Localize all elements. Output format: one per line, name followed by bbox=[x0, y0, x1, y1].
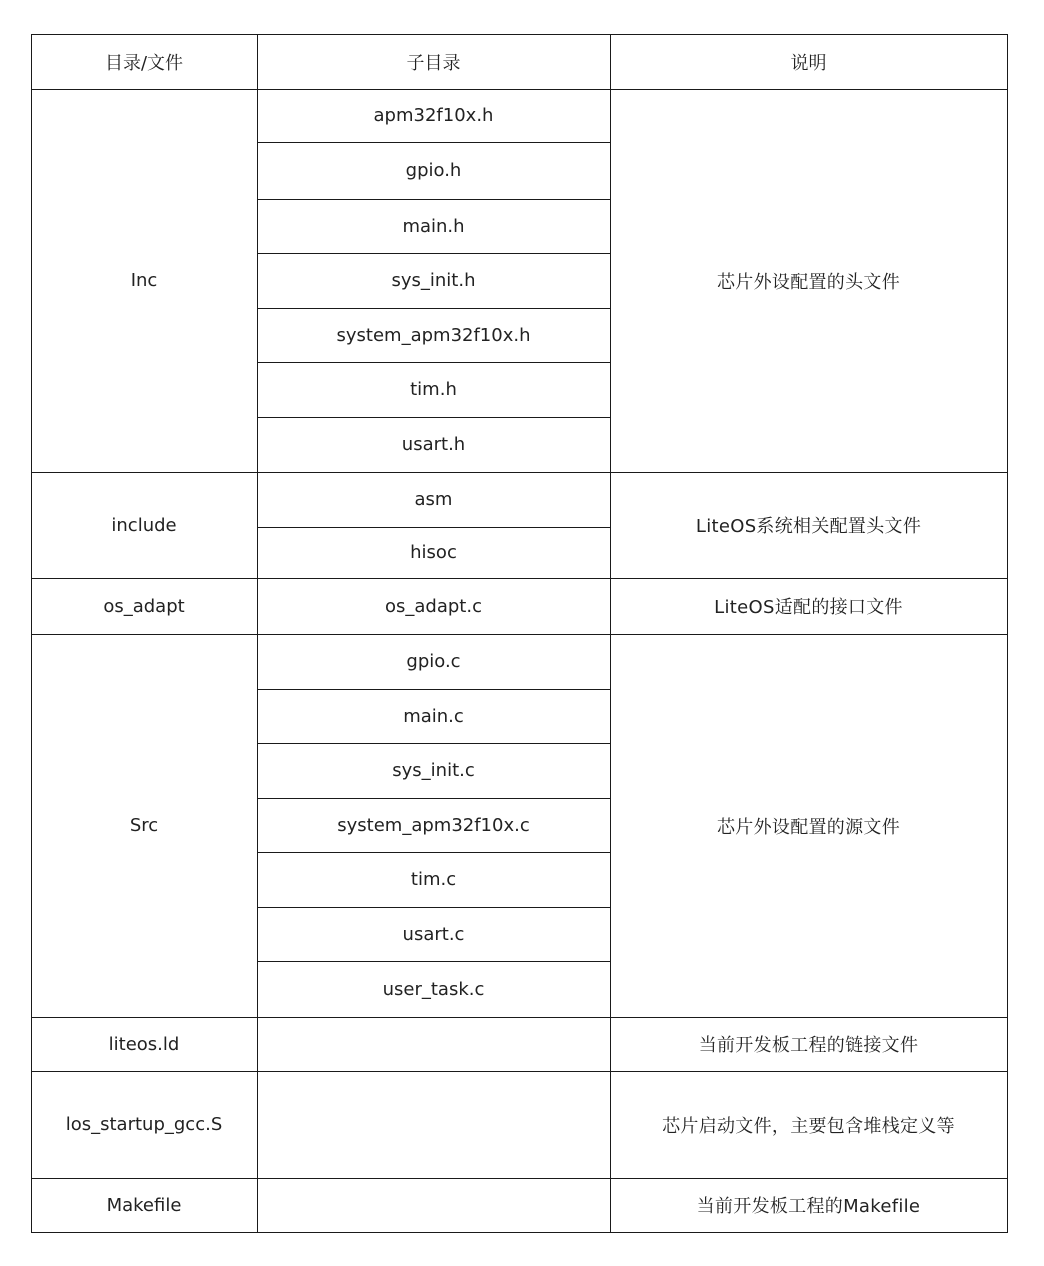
dir-name-cell: Inc bbox=[31, 89, 257, 472]
description-cell: LiteOS适配的接口文件 bbox=[610, 578, 1007, 634]
subdir-cell: sys_init.h bbox=[257, 253, 610, 308]
row-divider bbox=[257, 743, 610, 744]
description-cell: 当前开发板工程的链接文件 bbox=[610, 1017, 1007, 1071]
column-border bbox=[1007, 34, 1008, 1233]
row-divider bbox=[257, 798, 610, 799]
description-cell: LiteOS系统相关配置头文件 bbox=[610, 472, 1007, 578]
subdir-cell: asm bbox=[257, 472, 610, 527]
header-cell: 子目录 bbox=[257, 34, 610, 89]
subdir-cell: usart.h bbox=[257, 417, 610, 472]
subdir-cell: main.c bbox=[257, 689, 610, 743]
subdir-cell: usart.c bbox=[257, 907, 610, 961]
dir-name-cell: Makefile bbox=[31, 1178, 257, 1232]
row-divider bbox=[257, 527, 610, 528]
subdir-cell: apm32f10x.h bbox=[257, 89, 610, 142]
row-divider bbox=[257, 852, 610, 853]
row-divider bbox=[257, 362, 610, 363]
description-cell: 当前开发板工程的Makefile bbox=[610, 1178, 1007, 1232]
subdir-cell: os_adapt.c bbox=[257, 578, 610, 634]
row-divider bbox=[257, 417, 610, 418]
column-border bbox=[257, 34, 258, 1233]
subdir-cell bbox=[257, 1178, 610, 1232]
row-divider bbox=[257, 199, 610, 200]
header-cell: 目录/文件 bbox=[31, 34, 257, 89]
description-cell: 芯片外设配置的源文件 bbox=[610, 634, 1007, 1017]
subdir-cell: gpio.h bbox=[257, 142, 610, 199]
row-divider bbox=[257, 907, 610, 908]
subdir-cell: gpio.c bbox=[257, 634, 610, 689]
header-divider bbox=[31, 89, 1008, 90]
column-border bbox=[31, 34, 32, 1233]
dir-name-cell: liteos.ld bbox=[31, 1017, 257, 1071]
description-cell: 芯片外设配置的头文件 bbox=[610, 89, 1007, 472]
dir-name-cell: include bbox=[31, 472, 257, 578]
dir-name-cell: los_startup_gcc.S bbox=[31, 1071, 257, 1178]
row-divider bbox=[257, 961, 610, 962]
subdir-cell: main.h bbox=[257, 199, 610, 253]
subdir-cell: sys_init.c bbox=[257, 743, 610, 798]
dir-name-cell: os_adapt bbox=[31, 578, 257, 634]
row-divider bbox=[257, 253, 610, 254]
subdir-cell bbox=[257, 1017, 610, 1071]
subdir-cell: user_task.c bbox=[257, 961, 610, 1017]
description-cell: 芯片启动文件，主要包含堆栈定义等 bbox=[610, 1071, 1007, 1178]
row-divider bbox=[257, 142, 610, 143]
subdir-cell: hisoc bbox=[257, 527, 610, 578]
header-cell: 说明 bbox=[610, 34, 1007, 89]
subdir-cell: tim.c bbox=[257, 852, 610, 907]
subdir-cell: system_apm32f10x.c bbox=[257, 798, 610, 852]
group-divider bbox=[31, 1232, 1008, 1233]
subdir-cell bbox=[257, 1071, 610, 1178]
column-border bbox=[610, 34, 611, 1233]
subdir-cell: tim.h bbox=[257, 362, 610, 417]
row-divider bbox=[257, 689, 610, 690]
table-top-border bbox=[31, 34, 1008, 35]
subdir-cell: system_apm32f10x.h bbox=[257, 308, 610, 362]
row-divider bbox=[257, 308, 610, 309]
dir-name-cell: Src bbox=[31, 634, 257, 1017]
